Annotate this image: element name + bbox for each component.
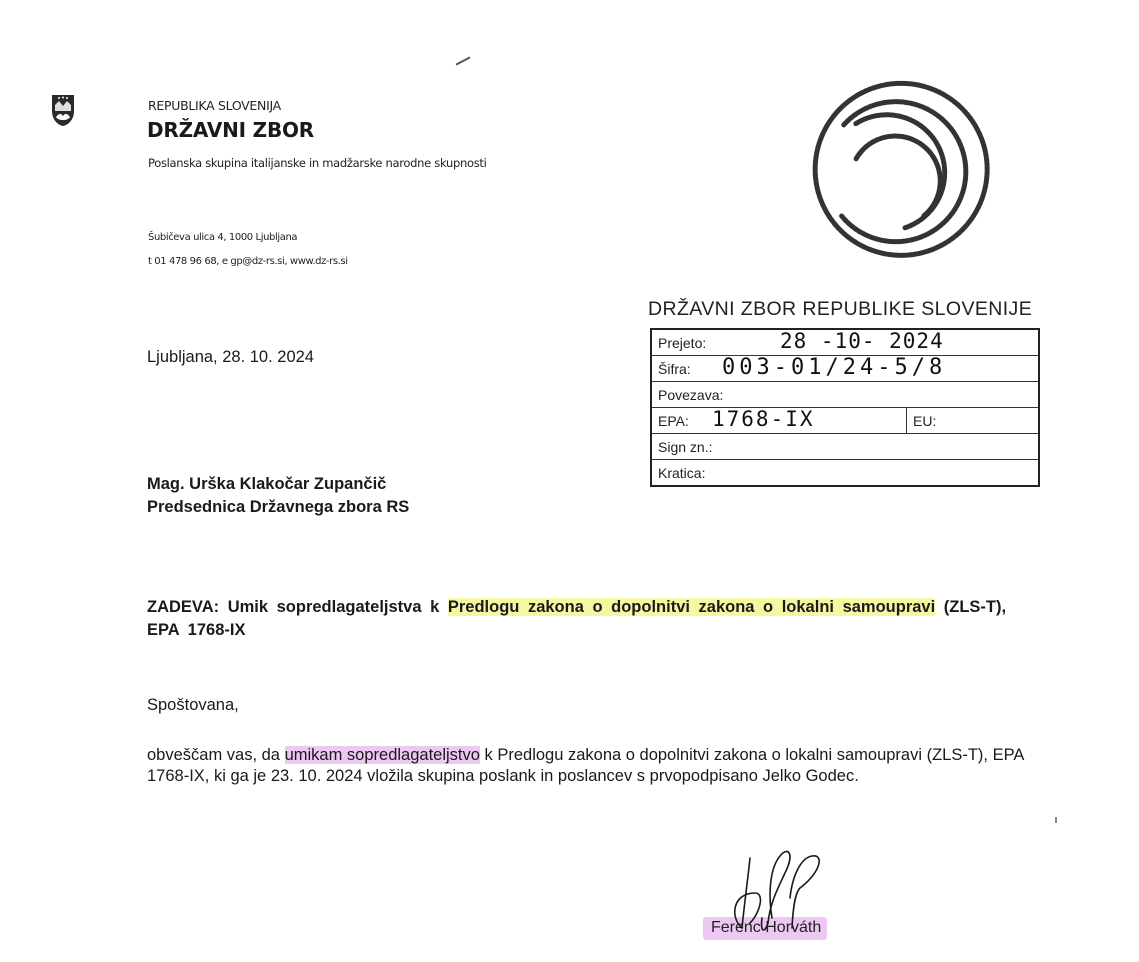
stamp-eu-cell: EU: [906, 408, 936, 433]
coat-of-arms-icon [50, 93, 76, 127]
subject-prefix: ZADEVA: Umik sopredlagateljstva k [147, 598, 448, 616]
letterhead-country: REPUBLIKA SLOVENIJA [148, 98, 281, 113]
recipient-name: Mag. Urška Klakočar Zupančič [147, 473, 409, 496]
receipt-stamp: Prejeto: 28 -10- 2024 Šifra: 003-01/24-5… [650, 328, 1040, 487]
stamp-label: EPA: [658, 413, 689, 429]
stamp-value-code: 003-01/24-5/8 [722, 355, 946, 380]
place-date: Ljubljana, 28. 10. 2024 [147, 348, 314, 367]
letterhead-institution: DRŽAVNI ZBOR [147, 118, 314, 142]
stamp-row-sign: Sign zn.: [652, 434, 1038, 460]
recipient-title: Predsednica Državnega zbora RS [147, 496, 409, 519]
stamp-value-date: 28 -10- 2024 [780, 329, 944, 353]
stamp-label: Kratica: [658, 465, 705, 481]
letterhead-contact: t 01 478 96 68, e gp@dz-rs.si, www.dz-rs… [148, 256, 348, 267]
body-paragraph: obveščam vas, da umikam sopredlagateljst… [147, 745, 1027, 787]
stamp-label: EU: [913, 413, 936, 429]
subject-highlight: Predlogu zakona o dopolnitvi zakona o lo… [448, 598, 935, 616]
scan-speck [1055, 817, 1057, 823]
stamp-row-epa: EPA: 1768-IX EU: [652, 408, 1038, 434]
body-highlight: umikam sopredlagateljstvo [285, 746, 480, 764]
subject-line: ZADEVA: Umik sopredlagateljstva k Predlo… [147, 596, 1017, 642]
stamp-row-kratica: Kratica: [652, 460, 1038, 485]
stamp-row-povezava: Povezava: [652, 382, 1038, 408]
stamp-label: Sign zn.: [658, 439, 712, 455]
stamp-label: Prejeto: [658, 335, 706, 351]
stamp-title: DRŽAVNI ZBOR REPUBLIKE SLOVENIJE [648, 298, 1032, 321]
stamp-label: Povezava: [658, 387, 723, 403]
letterhead-group: Poslanska skupina italijanske in madžars… [148, 156, 487, 170]
salutation: Spoštovana, [147, 696, 239, 715]
handwritten-signature-icon [720, 838, 840, 938]
body-prefix: obveščam vas, da [147, 746, 285, 764]
stamp-label: Šifra: [658, 361, 691, 377]
stamp-row-sifra: Šifra: 003-01/24-5/8 [652, 356, 1038, 382]
round-seal-icon [800, 70, 1000, 270]
stamp-row-prejeto: Prejeto: 28 -10- 2024 [652, 330, 1038, 356]
stamp-value-epa: 1768-IX [712, 407, 815, 431]
recipient-block: Mag. Urška Klakočar Zupančič Predsednica… [147, 473, 409, 519]
pen-mark [455, 56, 470, 65]
letterhead-address: Šubičeva ulica 4, 1000 Ljubljana [148, 232, 297, 243]
